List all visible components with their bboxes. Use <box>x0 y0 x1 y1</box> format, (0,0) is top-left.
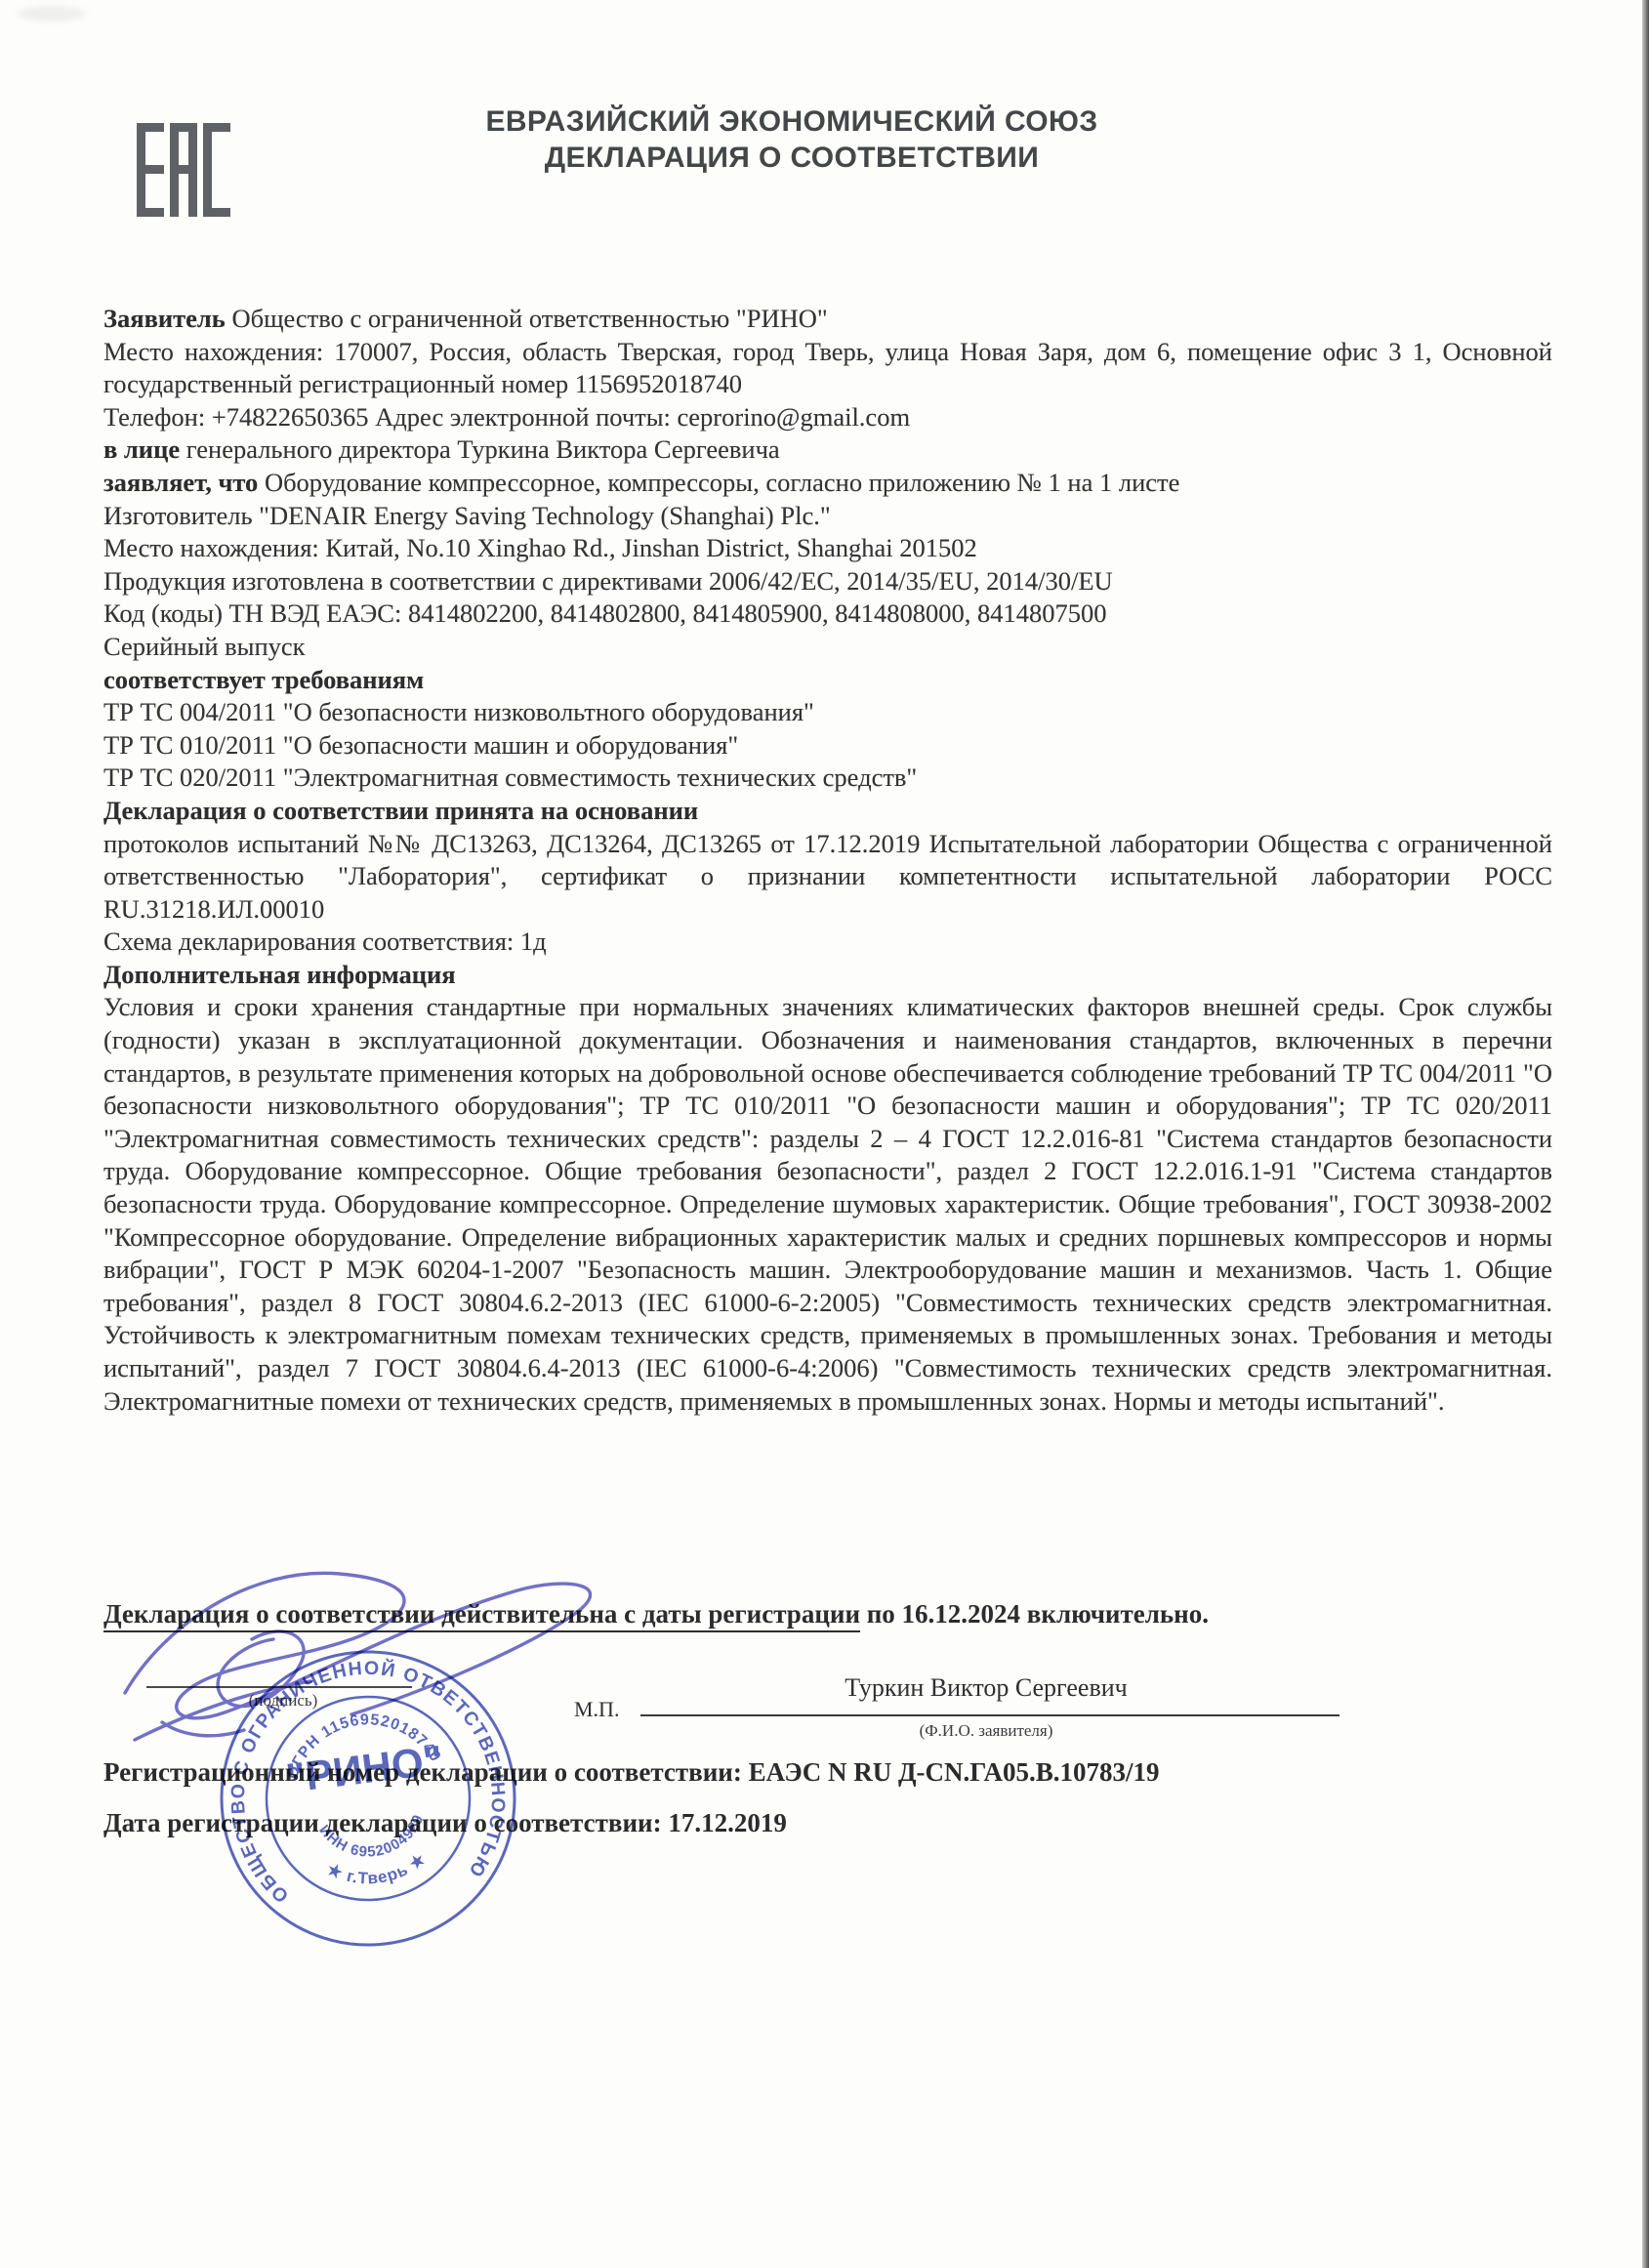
registration-number-value: ЕАЭС N RU Д-CN.ГА05.В.10783/19 <box>749 1757 1160 1787</box>
document-paragraph: Схема декларирования соответствия: 1д <box>103 926 1552 959</box>
document-paragraph: Заявитель Общество с ограниченной ответс… <box>103 303 1552 336</box>
document-paragraph: Код (коды) ТН ВЭД ЕАЭС: 8414802200, 8414… <box>103 598 1552 631</box>
header-doc-title: ДЕКЛАРАЦИЯ О СООТВЕТСТВИИ <box>0 140 1584 176</box>
scan-smudge <box>18 6 86 21</box>
registration-date-value: 17.12.2019 <box>668 1808 787 1837</box>
header-union-title: ЕВРАЗИЙСКИЙ ЭКОНОМИЧЕСКИЙ СОЮЗ <box>0 103 1584 140</box>
document-paragraph: ТР ТС 020/2011 "Электромагнитная совмест… <box>103 762 1552 795</box>
document-paragraph: в лице генерального директора Туркина Ви… <box>103 433 1552 467</box>
applicant-name-line <box>640 1714 1340 1716</box>
applicant-name: Туркин Виктор Сергеевич <box>820 1673 1152 1703</box>
document-paragraph: Место нахождения: Китай, No.10 Xinghao R… <box>103 532 1552 565</box>
document-paragraph: Серийный выпуск <box>103 631 1552 664</box>
document-paragraph: Телефон: +74822650365 Адрес электронной … <box>103 401 1552 434</box>
document-paragraph: заявляет, что Оборудование компрессорное… <box>103 467 1552 500</box>
document-paragraph: Продукция изготовлена в соответствии с д… <box>103 565 1552 598</box>
handwritten-signature <box>105 1545 691 1759</box>
document-paragraph: протоколов испытаний №№ ДС13263, ДС13264… <box>103 828 1552 927</box>
document-paragraph: Дополнительная информация <box>103 959 1552 992</box>
document-paragraph: Условия и сроки хранения стандартные при… <box>103 991 1552 1418</box>
document-body: Заявитель Общество с ограниченной ответс… <box>103 303 1552 1418</box>
scan-edge-shadow <box>1642 0 1649 2268</box>
document-paragraph: Декларация о соответствии принята на осн… <box>103 795 1552 828</box>
document-paragraph: ТР ТС 004/2011 "О безопасности низковоль… <box>103 696 1552 729</box>
document-paragraph: Место нахождения: 170007, Россия, област… <box>103 336 1552 401</box>
document-paragraph: ТР ТС 010/2011 "О безопасности машин и о… <box>103 729 1552 763</box>
validity-rest-text: по 16.12.2024 включительно. <box>860 1599 1209 1629</box>
scanned-declaration-page: { "header": { "line1": "ЕВРАЗИЙСКИЙ ЭКОН… <box>0 0 1649 2268</box>
document-header: ЕВРАЗИЙСКИЙ ЭКОНОМИЧЕСКИЙ СОЮЗ ДЕКЛАРАЦИ… <box>0 103 1584 176</box>
applicant-name-caption: (Ф.И.О. заявителя) <box>840 1721 1133 1741</box>
document-paragraph: Изготовитель "DENAIR Energy Saving Techn… <box>103 500 1552 533</box>
document-paragraph: соответствует требованиям <box>103 664 1552 697</box>
